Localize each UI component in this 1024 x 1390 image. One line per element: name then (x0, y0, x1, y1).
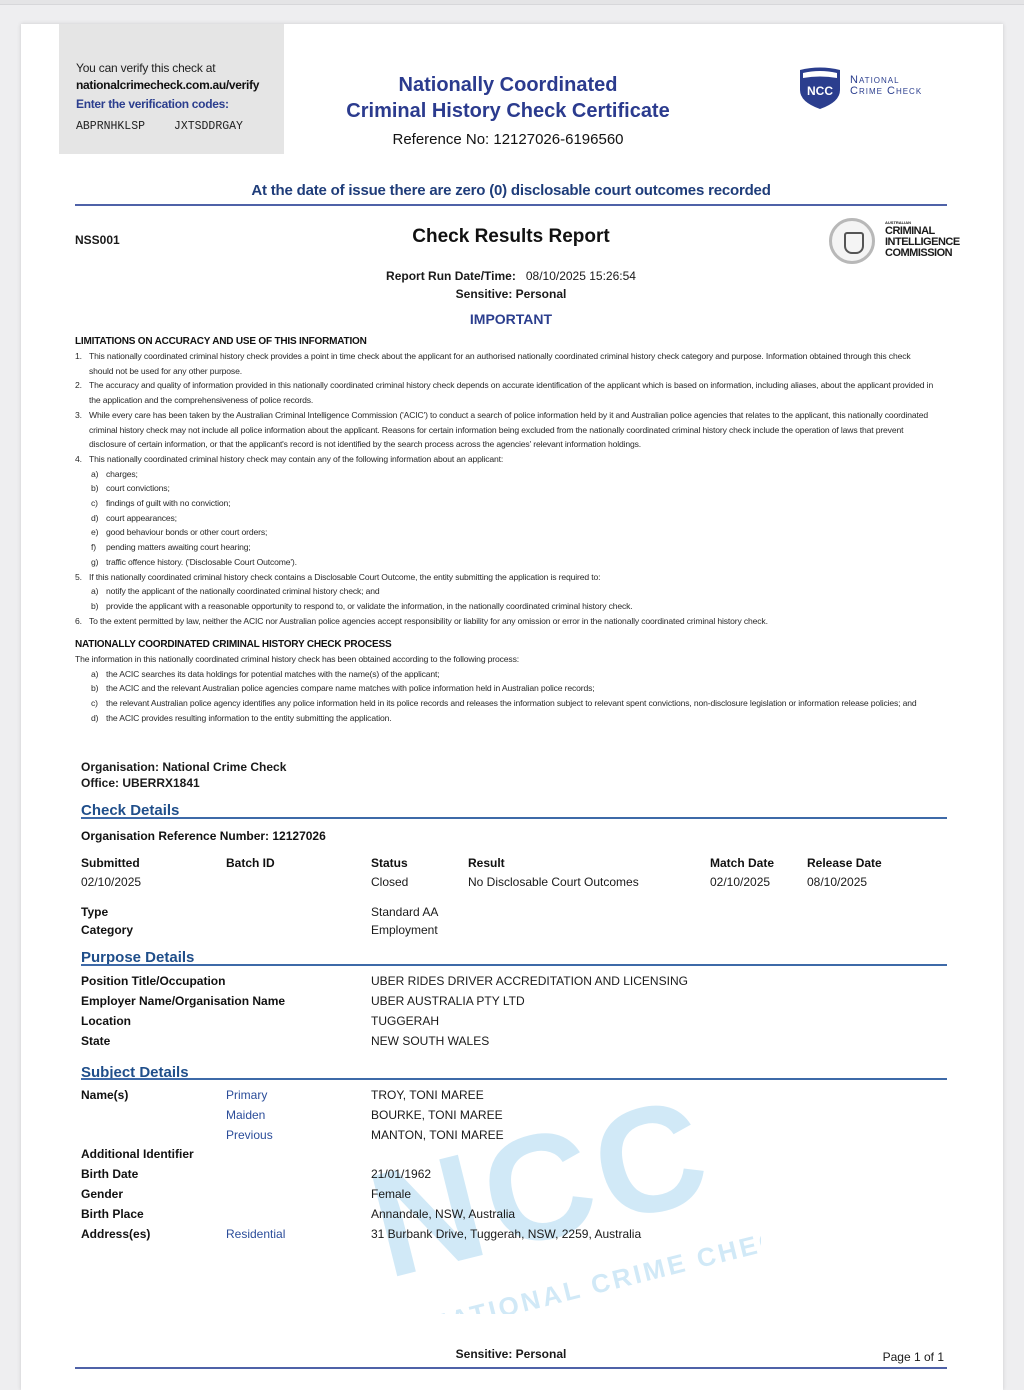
subject-value: 31 Burbank Drive, Tuggerah, NSW, 2259, A… (371, 1227, 641, 1241)
item-text: the ACIC and the relevant Australian pol… (106, 681, 594, 696)
category-label: Category (81, 923, 133, 937)
title-line-1: Nationally Coordinated (283, 72, 733, 98)
limitation-item: 2.The accuracy and quality of informatio… (75, 378, 937, 407)
result-value: No Disclosable Court Outcomes (468, 875, 639, 889)
item-text: notify the applicant of the nationally c… (106, 584, 380, 599)
limitation-item: 5.If this nationally coordinated crimina… (75, 570, 937, 585)
item-marker: b) (91, 681, 106, 696)
item-text: This nationally coordinated criminal his… (89, 349, 937, 378)
limitation-item: g)traffic offence history. ('Disclosable… (75, 555, 937, 570)
item-marker: 2. (75, 378, 89, 407)
subject-label: Birth Date (81, 1167, 138, 1181)
reference-number: Reference No: 12127026-6196560 (283, 131, 733, 148)
process-list: a)the ACIC searches its data holdings fo… (75, 667, 937, 726)
certificate-title: Nationally Coordinated Criminal History … (283, 72, 733, 124)
title-line-2: Criminal History Check Certificate (283, 98, 733, 124)
item-text: While every care has been taken by the A… (89, 408, 937, 452)
ncc-logo: NCC National Crime Check (797, 66, 957, 112)
zero-outcomes-banner: At the date of issue there are zero (0) … (75, 182, 947, 199)
item-marker: d) (91, 711, 106, 726)
verify-prompt: Enter the verification codes: (76, 94, 284, 114)
subject-type: Primary (226, 1088, 267, 1102)
verification-box: You can verify this check at nationalcri… (59, 24, 284, 154)
limitation-item: 1.This nationally coordinated criminal h… (75, 349, 937, 378)
item-text: pending matters awaiting court hearing; (106, 540, 251, 555)
col-match-date: Match Date (710, 856, 774, 870)
report-run-datetime: Report Run Date/Time: 08/10/2025 15:26:5… (301, 269, 721, 283)
subject-label: Birth Place (81, 1207, 144, 1221)
subject-label: Additional Identifier (81, 1147, 194, 1161)
important-heading: IMPORTANT (301, 311, 721, 327)
item-marker: e) (91, 525, 106, 540)
item-text: To the extent permitted by law, neither … (89, 614, 768, 629)
submitted-value: 02/10/2025 (81, 875, 141, 889)
category-value: Employment (371, 923, 438, 937)
subject-details-divider (81, 1078, 947, 1080)
report-code: NSS001 (75, 233, 120, 247)
match-date-value: 02/10/2025 (710, 875, 770, 889)
item-text: court convictions; (106, 481, 170, 496)
item-marker: f) (91, 540, 106, 555)
check-details-divider (81, 817, 947, 819)
item-text: the relevant Australian police agency id… (106, 696, 917, 711)
item-marker: d) (91, 511, 106, 526)
type-value: Standard AA (371, 905, 438, 919)
process-heading: NATIONALLY COORDINATED CRIMINAL HISTORY … (75, 638, 937, 652)
process-item: d)the ACIC provides resulting informatio… (75, 711, 937, 726)
col-result: Result (468, 856, 505, 870)
limitation-item: b)provide the applicant with a reasonabl… (75, 599, 937, 614)
process-item: a)the ACIC searches its data holdings fo… (75, 667, 937, 682)
subject-value: 21/01/1962 (371, 1167, 431, 1181)
viewer-top-bar (0, 0, 1024, 5)
limitation-item: 4.This nationally coordinated criminal h… (75, 452, 937, 467)
purpose-value: NEW SOUTH WALES (371, 1034, 489, 1048)
item-text: The accuracy and quality of information … (89, 378, 937, 407)
verification-codes: ABPRNHKLSP JXTSDDRGAY (76, 120, 284, 133)
acic-logo: AUSTRALIAN CRIMINAL INTELLIGENCE COMMISS… (829, 216, 954, 268)
item-marker: 5. (75, 570, 89, 585)
office-code: Office: UBERRX1841 (81, 775, 286, 791)
verify-url[interactable]: nationalcrimecheck.com.au/verify (76, 77, 284, 94)
col-submitted: Submitted (81, 856, 140, 870)
run-label: Report Run Date/Time: (386, 269, 516, 283)
item-marker: b) (91, 599, 106, 614)
item-text: good behaviour bonds or other court orde… (106, 525, 267, 540)
item-marker: a) (91, 467, 106, 482)
limitation-item: a)charges; (75, 467, 937, 482)
subject-label: Address(es) (81, 1227, 150, 1241)
subject-type: Residential (226, 1227, 285, 1241)
limitation-item: e)good behaviour bonds or other court or… (75, 525, 937, 540)
item-marker: 6. (75, 614, 89, 629)
page-number: Page 1 of 1 (841, 1350, 944, 1364)
item-marker: a) (91, 667, 106, 682)
subject-label: Name(s) (81, 1088, 128, 1102)
acic-line3: COMMISSION (885, 248, 960, 259)
subject-value: BOURKE, TONI MAREE (371, 1108, 503, 1122)
release-date-value: 08/10/2025 (807, 875, 867, 889)
sensitivity-label: Sensitive: Personal (301, 287, 721, 301)
process-item: c)the relevant Australian police agency … (75, 696, 937, 711)
organisation-name: Organisation: National Crime Check (81, 759, 286, 775)
item-marker: 3. (75, 408, 89, 452)
subject-value: Female (371, 1187, 411, 1201)
run-value: 08/10/2025 15:26:54 (526, 269, 636, 283)
purpose-value: UBER RIDES DRIVER ACCREDITATION AND LICE… (371, 974, 688, 988)
subject-type: Previous (226, 1128, 273, 1142)
purpose-label: Position Title/Occupation (81, 974, 225, 988)
item-marker: c) (91, 496, 106, 511)
purpose-value: TUGGERAH (371, 1014, 439, 1028)
org-reference-number: Organisation Reference Number: 12127026 (81, 829, 326, 843)
limitation-item: d)court appearances; (75, 511, 937, 526)
limitation-item: 3.While every care has been taken by the… (75, 408, 937, 452)
purpose-value: UBER AUSTRALIA PTY LTD (371, 994, 525, 1008)
item-text: If this nationally coordinated criminal … (89, 570, 600, 585)
ncc-wordmark: National Crime Check (850, 75, 922, 97)
subject-label: Gender (81, 1187, 123, 1201)
item-text: the ACIC provides resulting information … (106, 711, 391, 726)
limitations-heading: LIMITATIONS ON ACCURACY AND USE OF THIS … (75, 335, 937, 349)
banner-divider (75, 204, 947, 206)
item-text: traffic offence history. ('Disclosable C… (106, 555, 297, 570)
limitation-item: f)pending matters awaiting court hearing… (75, 540, 937, 555)
subject-value: TROY, TONI MAREE (371, 1088, 484, 1102)
organisation-info: Organisation: National Crime Check Offic… (81, 759, 286, 791)
process-intro: The information in this nationally coord… (75, 652, 937, 667)
limitation-item: b)court convictions; (75, 481, 937, 496)
verify-intro: You can verify this check at (76, 60, 284, 77)
limitation-item: 6.To the extent permitted by law, neithe… (75, 614, 937, 629)
item-text: findings of guilt with no conviction; (106, 496, 230, 511)
col-release-date: Release Date (807, 856, 882, 870)
footer-divider (75, 1367, 947, 1369)
acic-wordmark: CRIMINAL INTELLIGENCE COMMISSION (885, 226, 960, 259)
acic-seal-icon (829, 218, 875, 264)
item-marker: a) (91, 584, 106, 599)
purpose-label: Employer Name/Organisation Name (81, 994, 285, 1008)
col-status: Status (371, 856, 408, 870)
subject-value: Annandale, NSW, Australia (371, 1207, 515, 1221)
item-marker: 1. (75, 349, 89, 378)
item-text: charges; (106, 467, 138, 482)
item-marker: g) (91, 555, 106, 570)
process-section: NATIONALLY COORDINATED CRIMINAL HISTORY … (75, 638, 937, 726)
verification-code: JXTSDDRGAY (174, 120, 243, 133)
purpose-label: Location (81, 1014, 131, 1028)
report-title: Check Results Report (301, 226, 721, 248)
item-marker: c) (91, 696, 106, 711)
item-text: This nationally coordinated criminal his… (89, 452, 503, 467)
limitation-item: a)notify the applicant of the nationally… (75, 584, 937, 599)
footer-sensitivity: Sensitive: Personal (301, 1347, 721, 1361)
process-item: b)the ACIC and the relevant Australian p… (75, 681, 937, 696)
purpose-label: State (81, 1034, 110, 1048)
subject-type: Maiden (226, 1108, 265, 1122)
ncc-wordmark-line2: Crime Check (850, 86, 922, 97)
item-marker: b) (91, 481, 106, 496)
col-batch-id: Batch ID (226, 856, 275, 870)
item-text: the ACIC searches its data holdings for … (106, 667, 439, 682)
svg-text:NCC: NCC (807, 84, 833, 98)
certificate-page: You can verify this check at nationalcri… (21, 24, 1003, 1390)
item-text: court appearances; (106, 511, 177, 526)
limitation-item: c)findings of guilt with no conviction; (75, 496, 937, 511)
limitations-list: 1.This nationally coordinated criminal h… (75, 349, 937, 628)
item-text: provide the applicant with a reasonable … (106, 599, 633, 614)
subject-value: MANTON, TONI MAREE (371, 1128, 504, 1142)
type-label: Type (81, 905, 108, 919)
item-marker: 4. (75, 452, 89, 467)
ncc-shield-icon: NCC (797, 66, 843, 110)
status-value: Closed (371, 875, 408, 889)
limitations-section: LIMITATIONS ON ACCURACY AND USE OF THIS … (75, 335, 937, 628)
purpose-details-divider (81, 964, 947, 966)
verification-code: ABPRNHKLSP (76, 120, 145, 133)
